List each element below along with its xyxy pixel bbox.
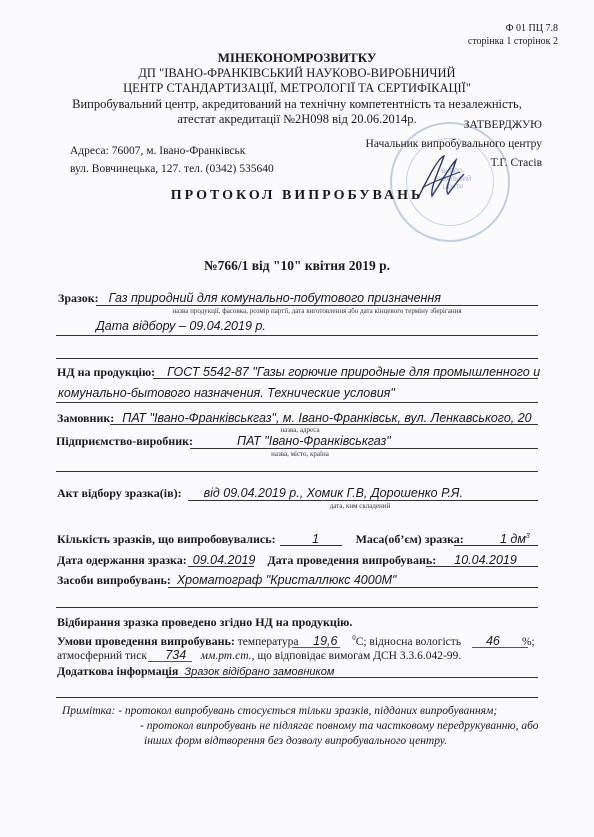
compliance-text: , що відповідає вимогам ДСН 3.3.6.042-99… [252,650,462,662]
sampling-compliance-note: Відбирання зразка проведено згідно НД на… [57,615,352,630]
test-protocol-page: Ф 01 ПЦ 7.8 сторінка 1 сторінок 2 МІНЕКО… [0,0,594,837]
ministry-name: МІНЕКОНОМРОЗВИТКУ [0,50,594,66]
mass-unit-sup: 3 [526,533,530,540]
sample-label: Зразок: [58,291,99,305]
pressure-unit: мм.рт.ст. [201,650,252,662]
note-block: Примітка: - протокол випробувань стосуєт… [62,704,539,749]
mass-value-text: 1 дм [500,532,526,546]
page-info: сторінка 1 сторінок 2 [468,35,558,48]
temperature-value: 19,6 [301,634,349,648]
sampling-act-value: від 09.04.2019 р., Хомик Г.В, Дорошенко … [204,486,463,500]
customer-label: Замовник: [57,411,114,425]
note-item2: - протокол випробувань не підлягає повно… [62,719,539,734]
approve-label: ЗАТВЕРДЖУЮ [366,116,542,135]
address-block: Адреса: 76007, м. Івано-Франківськ вул. … [70,142,274,178]
conditions-label: Умови проведення випробувань: [57,634,235,648]
test-date-label: Дата проведення випробувань: [267,553,436,567]
mass-label: Маса(об’єм) зразка: [356,532,464,546]
sampling-act-label: Акт відбору зразка(ів): [57,486,182,500]
equipment-value: Хроматограф "Кристаллюкс 4000М" [177,573,397,587]
equipment-label: Засоби випробувань: [57,573,171,587]
org-name-line1: ДП "ІВАНО-ФРАНКІВСЬКИЙ НАУКОВО-ВИРОБНИЧИ… [0,66,594,82]
temperature-unit: C; відносна вологість [356,636,461,648]
sampling-act-hint: дата, ким складений [300,502,420,510]
org-name-line2: ЦЕНТР СТАНДАРТИЗАЦІЇ, МЕТРОЛОГІЇ ТА СЕРТ… [0,81,594,97]
mass-value: 1 дм3 [468,532,540,546]
note-line1: Примітка: - протокол випробувань стосуєт… [62,704,539,719]
manufacturer-label: Підприємство-виробник: [56,434,193,448]
normative-doc-value-2: комунально-бытового назначения. Техничес… [58,386,395,400]
approval-block: ЗАТВЕРДЖУЮ Начальник випробувального цен… [366,116,542,173]
humidity-value: 46 [464,634,522,648]
pressure-label: атмосферний тиск [57,650,147,662]
form-code: Ф 01 ПЦ 7.8 [468,22,558,35]
form-code-block: Ф 01 ПЦ 7.8 сторінка 1 сторінок 2 [468,22,558,48]
quantity-value: 1 [286,532,346,546]
normative-doc-label: НД на продукцію: [57,365,155,379]
address-line1: Адреса: 76007, м. Івано-Франківськ [70,142,274,160]
received-date-value: 09.04.2019 [193,553,256,567]
temperature-label: температура [238,636,299,648]
sample-date: Дата відбору – 09.04.2019 р. [96,319,266,333]
accreditation-line1: Випробувальний центр, акредитований на т… [0,97,594,113]
address-line2: вул. Вовчинецька, 127. тел. (0342) 53564… [70,160,274,178]
sample-hint: назва продукції, фасовка, розмір партії,… [96,307,538,315]
approver-name: Т.Г. Стасів [366,154,542,173]
manufacturer-value: ПАТ "Івано-Франківськгаз" [237,434,391,448]
pressure-row: атмосферний тиск 734 мм.рт.ст., що відпо… [57,648,461,662]
document-title: ПРОТОКОЛ ВИПРОБУВАНЬ [0,188,594,204]
note-item1: - протокол випробувань стосується тільки… [118,705,497,717]
received-date-label: Дата одержання зразка: [57,553,187,567]
normative-doc-value-1: ГОСТ 5542-87 "Газы горючие природные для… [167,365,540,379]
document-number: №766/1 від "10" квітня 2019 р. [0,258,594,274]
manufacturer-hint: назва, місто, країна [240,450,360,458]
approver-position: Начальник випробувального центру [366,135,542,154]
note-label: Примітка: [62,705,115,717]
sample-value: Газ природний для комунально-побутового … [109,291,441,305]
additional-info-label: Додаткова інформація [57,664,178,678]
quantity-label: Кількість зразків, що випробовувались: [57,532,276,546]
pressure-value: 734 [154,648,198,662]
test-date-value: 10.04.2019 [454,553,517,567]
note-item2-cont: інших форм відтворення без дозволу випро… [62,734,539,749]
customer-value: ПАТ "Івано-Франківськгаз", м. Івано-Фран… [122,411,531,425]
